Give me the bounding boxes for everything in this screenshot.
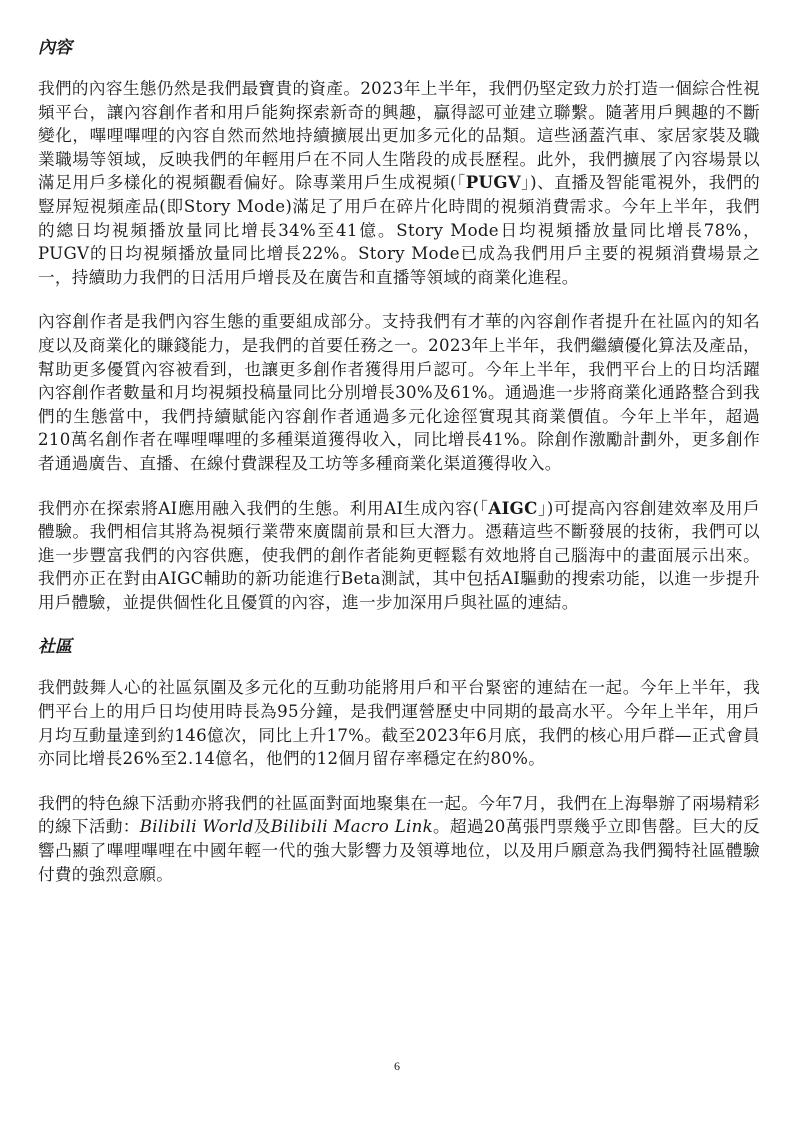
page-number: 6	[0, 1059, 794, 1074]
text-run: 及	[254, 817, 271, 836]
paragraph: 我們的特色線下活動亦將我們的社區面對面地聚集在一起。今年7月，我們在上海舉辦了兩…	[38, 792, 760, 886]
paragraph: 我們亦在探索將AI應用融入我們的生態。利用AI生成內容(「AIGC」)可提高內容…	[38, 497, 760, 615]
paragraph: 我們的內容生態仍然是我們最寶貴的資產。2023年上半年，我們仍堅定致力於打造一個…	[38, 77, 760, 289]
emphasis-bold: AIGC	[488, 498, 537, 518]
section-heading-community: 社區	[38, 635, 760, 659]
emphasis-bold: PUGV	[466, 172, 521, 192]
section-community: 社區 我們鼓舞人心的社區氛圍及多元化的互動功能將用戶和平台緊密的連結在一起。今年…	[38, 635, 760, 886]
text-run: 內容創作者是我們內容生態的重要組成部分。支持我們有才華的內容創作者提升在社區內的…	[38, 312, 760, 473]
text-run: 我們亦在探索將AI應用融入我們的生態。利用AI生成內容(「	[38, 499, 488, 518]
paragraph: 我們鼓舞人心的社區氛圍及多元化的互動功能將用戶和平台緊密的連結在一起。今年上半年…	[38, 676, 760, 770]
emphasis-italic: Bilibili Macro Link	[271, 817, 433, 836]
section-content: 內容 我們的內容生態仍然是我們最寶貴的資產。2023年上半年，我們仍堅定致力於打…	[38, 36, 760, 614]
emphasis-italic: Bilibili World	[140, 817, 254, 836]
paragraph: 內容創作者是我們內容生態的重要組成部分。支持我們有才華的內容創作者提升在社區內的…	[38, 310, 760, 475]
document-page: 內容 我們的內容生態仍然是我們最寶貴的資產。2023年上半年，我們仍堅定致力於打…	[38, 36, 760, 907]
text-run: 我們鼓舞人心的社區氛圍及多元化的互動功能將用戶和平台緊密的連結在一起。今年上半年…	[38, 678, 760, 768]
section-heading-content: 內容	[38, 36, 760, 60]
